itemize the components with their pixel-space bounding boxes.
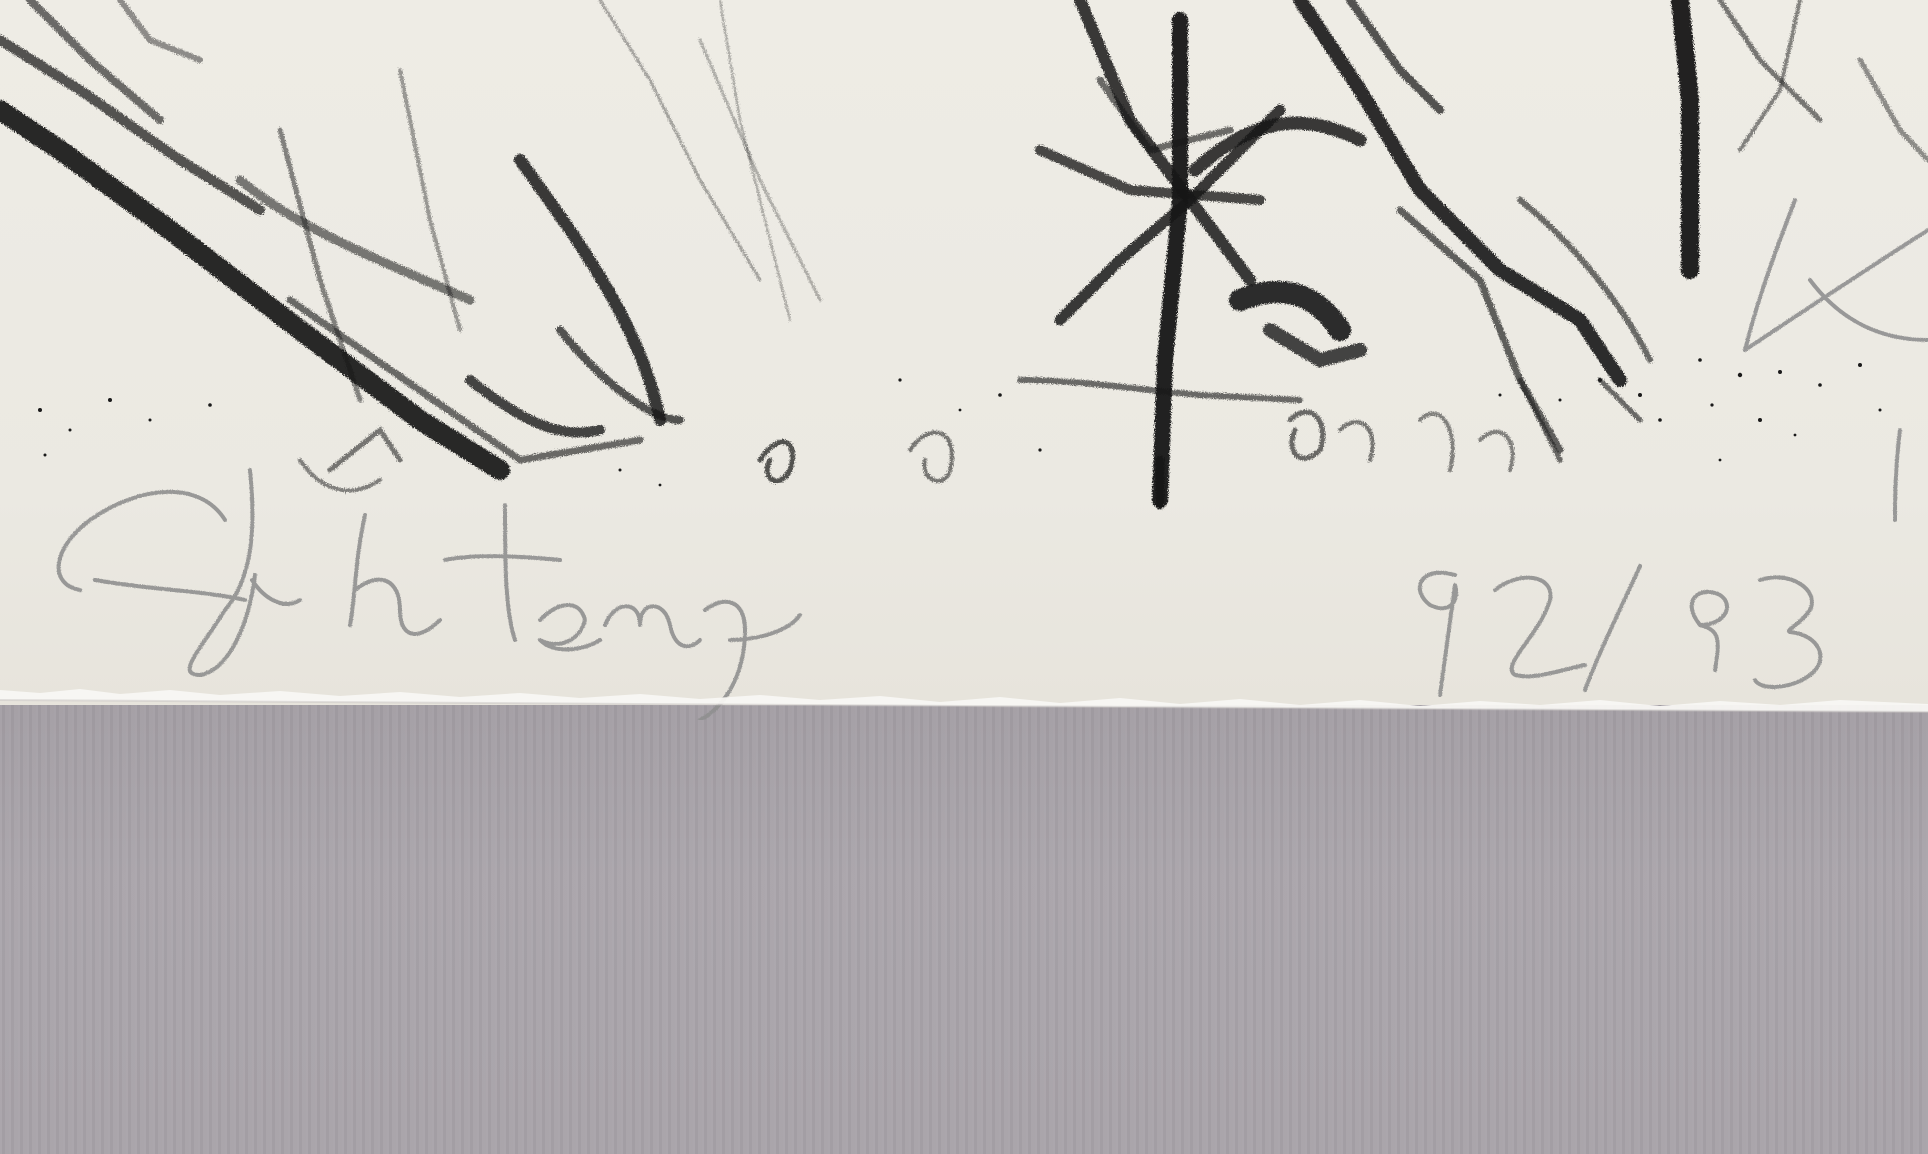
artwork-scene: 92/93 Signature in graphite (cursive, pa… xyxy=(0,0,1928,1154)
deckle-edge xyxy=(0,0,1928,740)
mount-board xyxy=(0,690,1928,1154)
